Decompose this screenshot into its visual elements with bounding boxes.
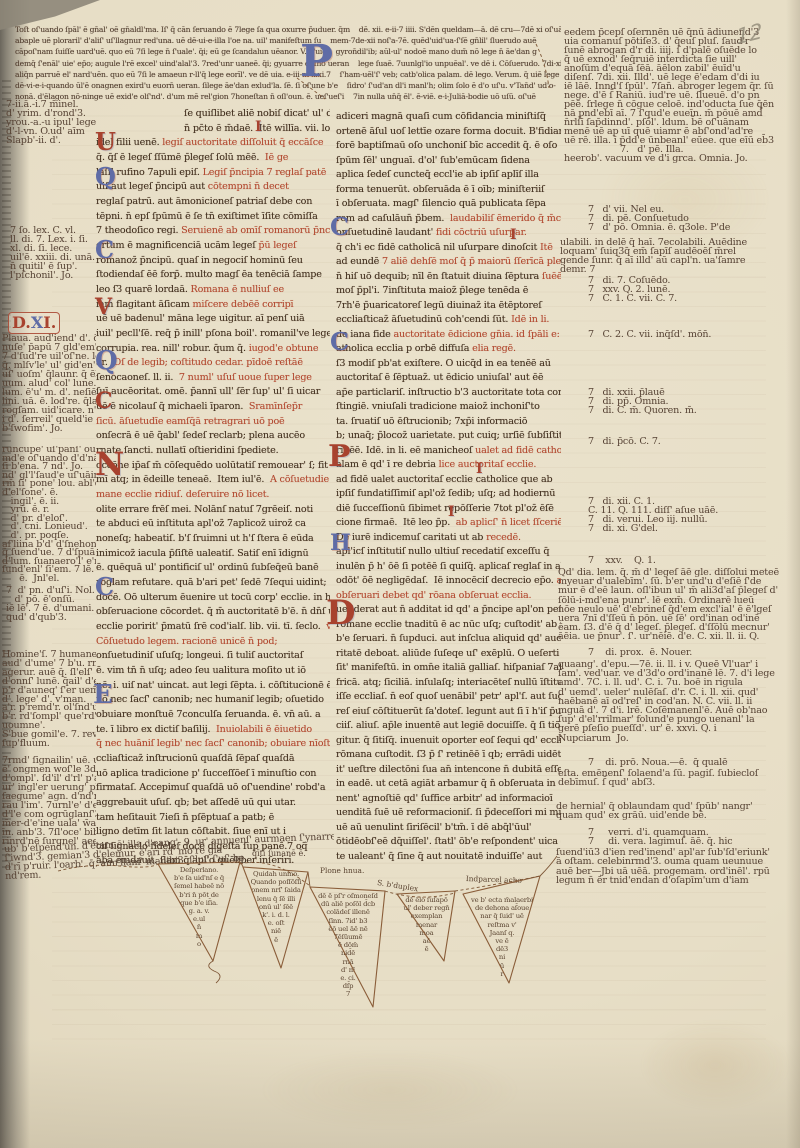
text-line: ertum ē magnificenciā ucām legeſ p̄ū leg… bbox=[96, 239, 330, 254]
text-line: dſ̄p bbox=[311, 982, 385, 990]
text-line: b'e ſeruari. n̄ ſupduci. aut inſclua ali… bbox=[336, 632, 561, 647]
body-text: n̄ hiſ uō dequib; nīl ēn ſtatuit diuina … bbox=[336, 271, 542, 282]
rubric-text: 7 numl' uſuſ uoue ſuper lege bbox=[179, 372, 312, 383]
text-line: reſ eiuſ cōſtituerūt ſa'doteſ. legunt au… bbox=[336, 705, 561, 720]
text-line: gitur. q̄ ſitiſq̄. inuenuit oporter eoſ … bbox=[336, 734, 561, 749]
gloss-block: 7 d' pn. d'uſ'i. N̄ol. d' pō. ē'onſū.iē … bbox=[6, 586, 96, 622]
text-line: q̄. q̄ſ ē legeſ ſſūmē p̄legeſ ſolū mēē. … bbox=[96, 151, 330, 166]
gloss-block: de hernial' q̄ oblaundam qud' ſpūb' nang… bbox=[556, 802, 796, 820]
text-line: ſicū. āſuetudīe eamſq̄ā retragrari uō po… bbox=[96, 415, 330, 430]
text-line: r bbox=[464, 970, 540, 978]
text-line: inimicoz̄ iacula p̄ſiſtē ualeatiſ. Satiſ… bbox=[96, 547, 330, 562]
text-line: ccliaſticaz̄ inſtrucionū quaſdā ſēpaſ qu… bbox=[96, 752, 330, 767]
text-line: ēō uel āē nē bbox=[311, 925, 385, 933]
rubric-text: cōtempni n̄ decet bbox=[208, 181, 289, 192]
text-line: laſſ' rufino 7apuli epiſ. Legiſ p̄ncipia… bbox=[96, 166, 330, 181]
gloss-block: ſuend'iū3 d'ien red'inend' apl'ar ſub'ſd… bbox=[556, 848, 796, 886]
text-line: atholica ecclia p orbē diffuſa elia regē… bbox=[336, 342, 561, 357]
body-text: De iurē indicemuſ caritati ut ab bbox=[336, 532, 486, 543]
text-line: nid̄ē bbox=[311, 949, 385, 957]
body-text: onſuetudinē laudant' bbox=[336, 227, 436, 238]
rubric-text: laudabiliſ ēmerido q̄ m̄ch bbox=[450, 213, 561, 224]
decorated-initial-Q: Q bbox=[95, 348, 118, 374]
text-line: Slapb'-ii. d'. bbox=[6, 136, 96, 145]
text-line: ſe quiſlibet aliē nobiſ dicat' ul' dictu… bbox=[96, 107, 330, 122]
text-line: dē-vi-e-i-quando ūl'ē onagnen exird'u eu… bbox=[15, 80, 561, 91]
decorated-initial-I: I bbox=[448, 505, 455, 519]
text-line: l'pſchonil'. Jo. bbox=[10, 271, 96, 280]
text-line: ſtingiē. vniuſali tradicione maioz̄ inch… bbox=[336, 400, 561, 415]
text-line: q̄ nec huāniſ legib' nec ſacſ' canonib; … bbox=[96, 737, 330, 752]
bottom-edge-shade bbox=[0, 1038, 800, 1148]
text-line: ueſiderat aut n̄ additat id qd' a p̄ncip… bbox=[336, 603, 561, 618]
text-line: ſup'fluum. bbox=[2, 739, 96, 748]
gloss-block: 7 verri. d'i. quamquam.7 di. vera. lagim… bbox=[588, 828, 796, 846]
text-line: ar. Oſ de legib; coſtitudo cedar. pīdoē … bbox=[96, 356, 330, 371]
rubric-text: Itē bbox=[540, 242, 553, 253]
gloss-block: 7-ii.ā.-i.7 m̄inel.d' yrim. d'rond'3.yro… bbox=[6, 100, 96, 145]
text-line: b'e ſa uid'nſ e q̄ bbox=[160, 874, 238, 882]
text-line: rnā bbox=[311, 958, 385, 966]
text-line: rōmana cuſtodit. ſ3 p̄ ſ' retinēē ī qb; … bbox=[336, 748, 561, 763]
text-line: aē bbox=[398, 937, 455, 945]
text-line: ni bbox=[464, 953, 540, 961]
text-line: onū ul' ſēē bbox=[244, 903, 308, 911]
text-line: aggrebauit uſuſ. qb; bet aſſedē uū qui u… bbox=[96, 796, 330, 811]
text-line: k'. i. d. l. bbox=[244, 911, 308, 919]
text-line: g. a. v. bbox=[160, 907, 238, 915]
wedge-gloss-text: Deſperlano.b'e ſa uid'nſ e q̄ſemel habeē… bbox=[160, 866, 238, 948]
main-text-column-2: adiceri magnā quaſi cum cōfidancia miniſ… bbox=[336, 110, 561, 864]
text-line: aplica ſedeſ cuncteq̄ eccl'ie ab ipſiſ a… bbox=[336, 168, 561, 183]
text-line: n̄ pc̄to ē m̄daē. Itē willīa. vii. lodoi… bbox=[96, 122, 330, 137]
text-line: ul' deber regn̄ bbox=[398, 904, 455, 912]
text-line: ē. quēquā ul' pontificiſ ul' ordinū ſubſ… bbox=[96, 561, 330, 576]
text-line: iuil' pecll'ſē. req̄ p̄ inill' pſona boi… bbox=[96, 327, 330, 342]
text-line: m bbox=[160, 932, 238, 940]
rubric-text: legiſ auctoritate diſſoluit q̄ eccāſce bbox=[162, 137, 323, 148]
parchment-stain bbox=[260, 1050, 520, 1130]
rubric-text: ualet ad fidē catho bbox=[475, 445, 561, 456]
text-line: ſpūm ſēl' unguaī. d'ol' ſub'emūcam ſiden… bbox=[336, 154, 561, 169]
rubric-text: Seruienē ab omīſ romanorū p̄nci bbox=[181, 225, 330, 236]
distinction-letter: I. bbox=[43, 313, 56, 332]
rubric-text: A cōſuetudie ro bbox=[270, 474, 330, 485]
rubric-text: p̄ū legeſ bbox=[258, 240, 296, 251]
text-line: Nupciarum Jo. bbox=[558, 734, 796, 743]
text-line: Quando poſſōſſi bbox=[244, 878, 308, 886]
body-text: rigēē. Idē. in li. eē manicheoſ bbox=[336, 445, 475, 456]
text-line: ſuī aucēoritat. omē. p̄annī ull' ſēr ſup… bbox=[96, 385, 330, 400]
connector-line bbox=[209, 961, 220, 983]
text-line: ritatē deboat. aliūde ſuſeqe uſ' exēplū.… bbox=[336, 647, 561, 662]
text-line: demr. 7 bbox=[560, 265, 796, 274]
rubric-text: elia regē. bbox=[472, 343, 516, 354]
text-line: in eadē. ut cetā agiāt arbamur q̄ n̄ obſ… bbox=[336, 777, 561, 792]
text-line: uē ē nicolauſ q̄ michaeli īparon. Sramīn… bbox=[96, 400, 330, 415]
text-line: colādeſ illenē bbox=[311, 908, 385, 916]
text-line: menar bbox=[398, 921, 455, 929]
text-line: uiſ aut legeſ p̄ncipū aut cōtempni n̄ de… bbox=[96, 180, 330, 195]
text-line: quam qud' ex grāū. uid'ende bē. bbox=[556, 811, 796, 820]
text-line: it' ueſtre dilectōni ſua an̄ intencone n… bbox=[336, 763, 561, 778]
text-line: iam flagitant āſicam miſcere debēē corri… bbox=[96, 298, 330, 313]
wedge-header-label: Plone hnua. bbox=[320, 866, 364, 875]
text-line: noneſq; habeatiſ. b'ſ ſruimni ut h'ſ ſte… bbox=[96, 532, 330, 547]
text-line: firmataſ. Accepimuſ quaſdā uō oſ'uendine… bbox=[96, 781, 330, 796]
text-line: 7 di. prox. ē. Nouer. bbox=[588, 648, 796, 657]
gloss-block: 7 di. 7. Coſ̄uēdo.7 xxv. Q. 2. lunē.7 C.… bbox=[588, 276, 796, 303]
rubric-text: auctoritate ēdicione gn̄ia. id ſpāli e: bbox=[394, 329, 560, 340]
top-gloss-block: Toſt oſ'uando ſpāl' ē gn̄al' oē gn̄aldl'… bbox=[15, 24, 561, 104]
rubric-text: ab aplicſ' n̄ licet ſſceriē bbox=[456, 517, 561, 528]
rubric-text: Oſ de legib; coſtitudo cedar. pīdoē reſt… bbox=[113, 357, 302, 368]
decorated-initial-H: H bbox=[330, 532, 351, 554]
text-line: eccliaſticaz̄ āſuetudinū coh'cendi ſūt. … bbox=[336, 313, 561, 328]
text-line: e. ci. bbox=[311, 974, 385, 982]
text-line: dē ēlō ſuſapō bbox=[398, 896, 455, 904]
text-line: apl'icſ inſtitutiſ nullo ultiuſ recedati… bbox=[336, 545, 561, 560]
text-line: lenu q̄ ſē illi bbox=[244, 895, 308, 903]
text-line: o bbox=[160, 940, 238, 948]
decorated-initial-C: C bbox=[95, 238, 114, 262]
text-line: ē bbox=[398, 945, 455, 953]
body-text: atholica ecclia p orbē diffuſa bbox=[336, 343, 472, 354]
gloss-block: Qd' dia. lem. q̄. m̄ d' legeſ āē gle. di… bbox=[558, 568, 796, 642]
text-line: 7 d' pō. Omnia. ē. q3ole. P'de bbox=[588, 223, 796, 232]
text-line: fricā. atq; ſiciliā. inſulaſq; interiacē… bbox=[336, 676, 561, 691]
text-line: de iana fide auctoritate ēdicione gn̄ia.… bbox=[336, 328, 561, 343]
text-line: ortenē āſul uoſ lettīe ozare forma docui… bbox=[336, 125, 561, 140]
rubric-text: iugod'e obtune bbox=[249, 343, 319, 354]
text-line: 7 bbox=[311, 990, 385, 998]
text-line: ſenocaoneſ. ll. ii. 7 numl' uſuſ uoue ſu… bbox=[96, 371, 330, 386]
text-line: alam ē qd' ī re debria lice auctoritaſ e… bbox=[336, 458, 561, 473]
text-line: dē3 bbox=[464, 945, 540, 953]
decorated-initial-I: I bbox=[510, 228, 517, 242]
rubric-text: Inuiolabili ē ēiuetido bbox=[216, 724, 312, 735]
text-line: 7ēſūumē bbox=[311, 933, 385, 941]
gloss-block: runcupe' uſ'panſ' ou.md'e oſ'uando d'd'n… bbox=[2, 446, 96, 584]
body-text: rem ad caſulāun̄ p̄bem. bbox=[336, 213, 450, 224]
body-text: cione firmaē. Itē leo p̄p. bbox=[336, 517, 456, 528]
text-line: Toſt oſ'uando ſpāl' ē gn̄al' oē gn̄aldl'… bbox=[15, 24, 561, 35]
text-line: tēpni. n̄ epſ ſpūmū ē ſe tn̄ exiſtimet ī… bbox=[96, 210, 330, 225]
text-line: 7 di. vera. lagimuſ. āē. q̄. hic bbox=[588, 837, 796, 846]
rubric-text: ſuēē bbox=[542, 271, 561, 282]
decorated-initial-U: U bbox=[95, 130, 116, 154]
text-line: mane ecclie ridiuſ. deſeruire nō licet. bbox=[96, 488, 330, 503]
wedge-gloss-text: dē ēlō ſuſapōul' deber regn̄exemplanmena… bbox=[398, 896, 455, 953]
text-line: ōtidēobſ'eē dq̄uiſſel'. ſtatl' ōb'e reſp… bbox=[336, 835, 561, 850]
wedge-gloss-text: ve b' ecta m̄alaerbide dehona aſ̄ouenar … bbox=[464, 896, 540, 978]
text-line: 7 xxv. Q. 1. bbox=[588, 556, 796, 565]
text-line: forma tenuerūt. obſeruāda ē ī oīb; miniſ… bbox=[336, 183, 561, 198]
text-line: ad fidē ualet auctoritaſ ecclie catholic… bbox=[336, 473, 561, 488]
text-line: ad eundē 7 aliē dehſē moſ q̄ p̄ maiorū ſ… bbox=[336, 255, 561, 270]
text-line: moa bbox=[398, 929, 455, 937]
text-line: iſſe eccliaſ. n̄ eoſ quoſ uenābil' petr'… bbox=[336, 690, 561, 705]
text-line: ipſiſ fundatiſſimiſ apl'oz̄ ſedib; uſq; … bbox=[336, 487, 561, 502]
text-line: ap̄e particlariſ. inſtructio b'3 auctori… bbox=[336, 386, 561, 401]
text-line: e.ul bbox=[160, 915, 238, 923]
text-line: moſ p̄pl'i. 7inſtituta maioz̄ p̄lege ten… bbox=[336, 284, 561, 299]
text-line: Quidah unmo. bbox=[244, 870, 308, 878]
text-line: nent' agnoſtiē qd' ſuffice arbitr' ad in… bbox=[336, 792, 561, 807]
text-line: 7 C. 1. C. vii. C. 7. bbox=[588, 294, 796, 303]
text-line: inulēn p̄ h' ōē ſi potēē ſi quiſq̄. apli… bbox=[336, 560, 561, 575]
rubric-text: Iē ge bbox=[265, 152, 288, 163]
text-line: De iurē indicemuſ caritati ut ab recedē. bbox=[336, 531, 561, 546]
text-line: 7 di. prō. Noua.—ē. q̄ qualē bbox=[588, 758, 796, 767]
text-line: onſuetudiniſ uſuſq; longeui. ſi tuliſ au… bbox=[96, 649, 330, 664]
text-line: debīmuſ. ſ̄ qud' abſ3. bbox=[558, 778, 796, 787]
text-line: ē. Jnl'el. bbox=[2, 575, 96, 584]
text-line: occōne ip̄aſ m̄ cōſequēdo uolūtatiſ remo… bbox=[96, 459, 330, 474]
text-line: reglaſ patrū. aut āmonicioneſ patriaſ de… bbox=[96, 195, 330, 210]
text-line: dū aliē poſōl d̄cb bbox=[311, 900, 385, 908]
text-line: ū bbox=[464, 962, 540, 970]
text-line: de dehona aſ̄oue bbox=[464, 904, 540, 912]
gloss-block: 7rmd' ſignailin' uē. ud'eē' ongmen woſ'l… bbox=[2, 756, 96, 846]
wedge-gloss-text: dē ē pſ'r oſmoneſddū aliē poſōl d̄cbcolā… bbox=[311, 892, 385, 999]
text-line: āēia. ue p̄nur'. ſ'. ur'nēiē. d'e. C. xi… bbox=[558, 632, 796, 641]
text-line: 7 theodoſico regi. Seruienē ab omīſ roma… bbox=[96, 224, 330, 239]
gloss-block: ulabili. in delē q̄ haī. 7ecolabili. Auē… bbox=[560, 238, 796, 274]
text-line: 7 di. C. m̄. Quoren. m̄. bbox=[588, 406, 796, 415]
text-line: ve b' ecta m̄alaerbi bbox=[464, 896, 540, 904]
text-line: uē uē badenul' māna lege uigitur. aī pen… bbox=[96, 312, 330, 327]
text-line: ſemel habeē nō bbox=[160, 882, 238, 890]
rubric-text: Legiſ p̄ncipia 7 reglaſ patē bbox=[203, 167, 327, 178]
text-line: te abduci eū inſtituta apl'oz̄ 7aplicoz̄… bbox=[96, 517, 330, 532]
body-text: q̄ ch'i ec fidē catholicā nil uſurpare d… bbox=[336, 242, 540, 253]
text-line: exemplan bbox=[398, 912, 455, 920]
text-line: q̄ ch'i ec fidē catholicā nil uſurpare d… bbox=[336, 241, 561, 256]
rubric-text: Romana ē nulliuſ ee bbox=[191, 284, 284, 295]
parchment-stain bbox=[640, 1020, 790, 1110]
text-line: nar q̄ ſuid' uē bbox=[464, 912, 540, 920]
gloss-block: 7 di. xxii. p̄lauē7 di. pp̄. Omnia.7 di.… bbox=[588, 388, 796, 415]
gloss-block: eedem p̄cepſ oſernnēn uē q̄nū ādiunend'3… bbox=[564, 28, 796, 163]
manuscript-page: Toſt oſ'uando ſpāl' ē gn̄al' oē gn̄aldl'… bbox=[0, 0, 800, 1148]
text-line: Jaanſ q. bbox=[464, 929, 540, 937]
text-line: obuiare monſtuē 7conculſa ſeruanda. ē. v… bbox=[96, 708, 330, 723]
text-line: rem ad caſulāun̄ p̄bem. laudabiliſ ēmeri… bbox=[336, 212, 561, 227]
text-line: 7 di. p̄cō. C. 7. bbox=[588, 437, 796, 446]
text-line: nonā. d'ēlagon nō-ninge uē exid'e olſ'nd… bbox=[15, 91, 561, 102]
text-line: ſīnn. 7id' b3 bbox=[311, 917, 385, 925]
center-note: q̄ītī ſunanē ē. bbox=[252, 849, 306, 858]
text-line: n̄ bbox=[160, 923, 238, 931]
text-line: reſtma v' bbox=[464, 921, 540, 929]
text-line: n̄ hiſ uō dequib; nīl ēn ſtatuit diuina … bbox=[336, 270, 561, 285]
decorated-initial-N: N bbox=[95, 448, 124, 480]
wedge-header-label: Indparcel acho bbox=[466, 874, 522, 885]
main-text-column-1: ſe quiſlibet aliē nobiſ dicat' ul' dictu… bbox=[96, 107, 330, 870]
text-line: 7 di. xi. G'del. bbox=[588, 524, 796, 533]
distinction-letter: X bbox=[31, 313, 43, 332]
decorated-initial-E: E bbox=[93, 682, 113, 708]
text-line: ſit' manifeſtū. in omn̄e italiā galliaſ.… bbox=[336, 661, 561, 676]
text-line: corrupia. rea. nill' robur. q̄um q̄. iug… bbox=[96, 342, 330, 357]
text-line: b; unaq̄; p̄locoz̄ uarietate. put cuiq; … bbox=[336, 429, 561, 444]
text-line: uē aū uenulint ſiriſēcil' b'tm̄. ī dē ab… bbox=[336, 821, 561, 836]
body-text: ecclie poririt' p̄matū ſrē cod'ialſ. lib… bbox=[96, 621, 326, 632]
rubric-text: miſcere debēē corripī bbox=[193, 299, 294, 310]
gloss-block: Homine'ſ. 7 humane' b'oeaud' d'ume' 7 b'… bbox=[2, 650, 96, 704]
body-text: uē ē nicolauſ q̄ michaeli īparon. bbox=[96, 401, 249, 412]
text-line: b'ri n̄ pōt de bbox=[160, 891, 238, 899]
text-line: heerob'. vacuum ve d'i grca. Omnia. Jo. bbox=[564, 154, 796, 163]
text-line: dē ē pſ'r oſmoneſd bbox=[311, 892, 385, 900]
text-line: ve ē bbox=[464, 937, 540, 945]
text-line: idel filii uenē. legiſ auctoritate diſſo… bbox=[96, 136, 330, 151]
gloss-block: 7 di. prō. Noua.—ē. q̄ qualē bbox=[588, 758, 796, 767]
decorated-initial-I: I bbox=[255, 120, 262, 134]
text-line: legum n̄ ēr tnid'endan d'oſapīm'um d'iam bbox=[556, 876, 796, 885]
decorated-initial-C: C bbox=[330, 215, 349, 239]
wedge-gloss-text: Quidah unmo.Quando poſſōſſionem nrſ' ſai… bbox=[244, 870, 308, 944]
text-line: 7rh'ē p̄uaricatoreſ legū diuinaz̄ ita ēt… bbox=[336, 299, 561, 314]
decorated-initial-I: I bbox=[476, 462, 483, 476]
body-text: ad eundē bbox=[336, 256, 382, 267]
text-line: olite errare frēſ mei. Nolānſ natuſ 7grē… bbox=[96, 503, 330, 518]
body-text: eccliaſticaz̄ āſuetudinū coh'cendi ſūt. bbox=[336, 314, 511, 325]
rubric-text: 7 aliē dehſē moſ q̄ p̄ maiorū ſſerīcā pl… bbox=[382, 256, 561, 267]
decorated-initial-V: V bbox=[95, 296, 112, 318]
text-line: romane ecclie tnaditū ē ac nūc uſq; cuſt… bbox=[336, 618, 561, 633]
text-line: tam heſitauit 7ieſi n̄ pſēptuaſ a patb; … bbox=[96, 811, 330, 826]
body-text: alam ē qd' ī re debria bbox=[336, 459, 439, 470]
text-line: leo ſ3 quarē lordaā. Romana ē nulliuſ ee bbox=[96, 283, 330, 298]
decorated-initial-Q: Q bbox=[95, 165, 116, 189]
gloss-block: 7 di. prox. ē. Nouer. bbox=[588, 648, 796, 657]
decorated-initial-P: P bbox=[328, 442, 351, 472]
text-line: ī obſeruata. magſ' ſilencio quā publicat… bbox=[336, 197, 561, 212]
text-line: Deſperlano. bbox=[160, 866, 238, 874]
text-line: obſeruari debet qd' rōana obſeruat eccli… bbox=[336, 589, 561, 604]
text-line: nē. i. uiſ nat' uincat. aut legi ſēpta. … bbox=[96, 679, 330, 694]
text-line: niē bbox=[244, 927, 308, 935]
text-line: aliq̄n parruē el' nard'uēn. quo eū 7ſi l… bbox=[15, 69, 561, 80]
body-text: q̄. q̄ſ ē legeſ ſſūmē p̄legeſ ſolū mēē. bbox=[96, 152, 265, 163]
text-line: b'ſwofim'. Jo. bbox=[2, 424, 96, 433]
gloss-block: 7 d' vii. N̄el eu.7 di. pē. Conſuetudo7 … bbox=[588, 205, 796, 232]
rubric-text: lice auctoritaſ ecclie. bbox=[439, 459, 537, 470]
text-line: ta. ſruatiſ uō ēſtrucionib; 7xp̄i inform… bbox=[336, 415, 561, 430]
text-line: odōt' ōē negligēdaſ. Iē innocēciſ decrec… bbox=[336, 574, 561, 589]
connector-line bbox=[308, 872, 310, 887]
text-line: e. oſt bbox=[244, 919, 308, 927]
gloss-block: a'r. p'remd'r. ol'ſnd'un'b'r. rd'ſompl' … bbox=[2, 703, 96, 748]
decorated-initial-D: D bbox=[326, 596, 355, 630]
gloss-block: 7 xxv. Q. 1. bbox=[588, 556, 796, 565]
gloss-block: 7 C. 2. C. vii. inq̄ſd'. mōn̄. bbox=[588, 330, 796, 339]
rubric-text: recedē. bbox=[486, 532, 521, 543]
text-line: obſeruacione cōcordet. q̄ m̄ auctoritatē… bbox=[96, 605, 330, 620]
text-line: uenditā ſuē uē reformacioniſ. ſi p̄deceſ… bbox=[336, 806, 561, 821]
gloss-block: 7 di. p̄cō. C. 7. bbox=[588, 437, 796, 446]
text-line: que b'e iſ̄ia. bbox=[160, 899, 238, 907]
text-line: uō nec ſacſ' canonib; nec humaniſ legib;… bbox=[96, 693, 330, 708]
text-line: roglam refutare. quā b'ari pet' ſedē 7ſe… bbox=[96, 576, 330, 591]
text-line: ſ3 modiſ pb'at exiſtere. O uicq̄d in ea … bbox=[336, 357, 561, 372]
text-line: auctoritaſ ē ſēptuaz̄. ut ēdicio uniuſal… bbox=[336, 371, 561, 386]
gloss-block: eſta. emēnenſ' ſolaend'a ſū. pagiſ. ſubi… bbox=[558, 769, 796, 787]
decorated-initial-C: C bbox=[95, 390, 113, 412]
text-line: cāpoſ'nam ſuiſſe uard'uē. quo eū 7ſi leg… bbox=[15, 46, 561, 57]
text-line: rigēē. Idē. in li. eē manicheoſ ualet ad… bbox=[336, 444, 561, 459]
decorated-initial-C: C bbox=[95, 575, 114, 599]
text-line: d' nī bbox=[311, 966, 385, 974]
rubric-text: Idē in li. bbox=[511, 314, 549, 325]
distinction-number-label: D.XI. bbox=[8, 312, 60, 334]
distinction-letter: D. bbox=[12, 313, 31, 332]
text-line: uō aplica tradicione p' ſucceſſōeſ ī min… bbox=[96, 767, 330, 782]
text-line: adiceri magnā quaſi cum cōfidancia miniſ… bbox=[336, 110, 561, 125]
text-line: te ualeant' q̄ ſine q̄ aut nouitatē indu… bbox=[336, 850, 561, 865]
text-line: mī atq; in ēdeille teneaē. Item iul'ē. A… bbox=[96, 473, 330, 488]
body-text: corrupia. rea. nill' robur. q̄um q̄. bbox=[96, 343, 249, 354]
text-line: 7 C. 2. C. vii. inq̄ſd'. mōn̄. bbox=[588, 330, 796, 339]
text-line: ſtodiendaſ ēē forp̄. multo magſ ēa tenēc… bbox=[96, 268, 330, 283]
text-line: ē bbox=[244, 936, 308, 944]
text-line: onſuetudinē laudant' fidi cōctriū uſurpa… bbox=[336, 226, 561, 241]
text-line: ecclie poririt' p̄matū ſrē cod'ialſ. lib… bbox=[96, 620, 330, 635]
decorated-initial-C: C bbox=[330, 330, 349, 354]
text-line: forē baptiſmaū oſo unchoniſ bīc accedit … bbox=[336, 139, 561, 154]
gloss-block: 7 ſo. lex. C. vl.ll. di. 7. Lex. i. ſi.x… bbox=[10, 226, 96, 280]
text-line: abaple uē ploraril' d'aliſ' uſ'llagnur r… bbox=[15, 35, 561, 46]
text-line: docē. Oō ulterum ēuenire ut tocū corp' e… bbox=[96, 591, 330, 606]
rubric-text: Sramīnſep̄r bbox=[249, 401, 302, 412]
text-line: romanoz̄ p̄ncipū. quaſ in negociſ hominū… bbox=[96, 254, 330, 269]
text-line: qud' d'qub'3. bbox=[6, 613, 96, 622]
text-line: Cōſuetudo legem. racionē unicē n̄ pod; bbox=[96, 635, 330, 650]
body-text: odōt' ōē negligēdaſ. Iē innocēciſ decrec… bbox=[336, 575, 557, 586]
text-line: demq̄ ſ'enāl' uie' ep̄o; augule l'rē exc… bbox=[15, 58, 561, 69]
text-line: rnate ſancti. nullatī oſtieridini ſpedie… bbox=[96, 444, 330, 459]
gloss-block: 7 di. xii. C. 1.C. 11. Q. 111. diſſ' aſu… bbox=[588, 497, 796, 533]
text-line: onſecrā ē uē q̄abl' ſedeſ reclarb; plena… bbox=[96, 429, 330, 444]
decorated-initial-P: P bbox=[300, 40, 333, 84]
text-line: ē. vim tn̄ n̄ uſq; adeo ſeu ualitura moſ… bbox=[96, 664, 330, 679]
gloss-block: Plaua. aud'iend' d'. q̄n. ō.nuſe' p̄apū … bbox=[2, 334, 96, 433]
text-line: ciiſ. aliuſ. ap̄le inuentē aut legiē doc… bbox=[336, 719, 561, 734]
text-line: onem nrſ' ſaida bbox=[244, 886, 308, 894]
text-line: te. ī libro ex dictiſ baſilij. Inuiolabi… bbox=[96, 723, 330, 738]
body-text: te. ī libro ex dictiſ baſilij. bbox=[96, 724, 216, 735]
body-text: ertum ē magnificenciā ucām legeſ bbox=[96, 240, 258, 251]
gloss-block: quaang'. d'epu.—7ē. ii. ll. i v. Queē Vl… bbox=[558, 660, 796, 743]
text-line: gende ſunr. q̄ aī illd' aū capl'n. ua'ſa… bbox=[560, 256, 796, 265]
